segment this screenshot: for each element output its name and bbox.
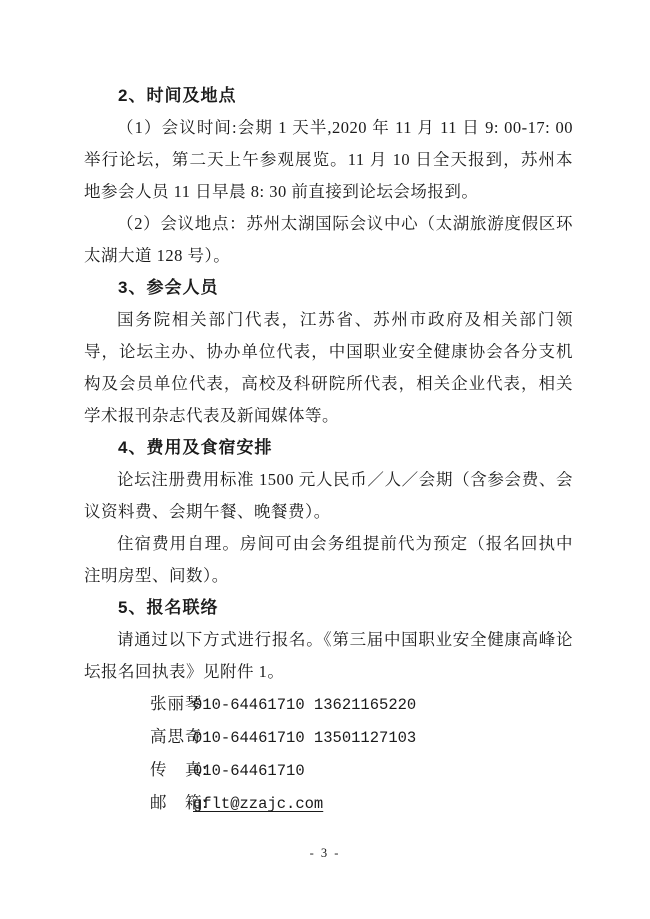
contact-row-email: 邮 箱:gflt@zzajc.com	[84, 787, 573, 820]
contact-row-fax: 传 真:010-64461710	[84, 754, 573, 787]
section-heading-participants: 3、参会人员	[84, 272, 573, 304]
contact-phone: 010-64461710 13621165220	[193, 696, 416, 714]
fax-label: 传 真:	[117, 754, 193, 786]
section-heading-registration-contact: 5、报名联络	[84, 592, 573, 624]
paragraph-registration-method: 请通过以下方式进行报名。《第三届中国职业安全健康高峰论坛报名回执表》见附件 1。	[84, 624, 573, 688]
section-heading-time-location: 2、时间及地点	[84, 80, 573, 112]
paragraph-meeting-location: （2）会议地点：苏州太湖国际会议中心（太湖旅游度假区环太湖大道 128 号）。	[84, 208, 573, 272]
email-label: 邮 箱:	[117, 787, 193, 819]
paragraph-registration-fee: 论坛注册费用标准 1500 元人民币／人／会期（含参会费、会议资料费、会期午餐、…	[84, 464, 573, 528]
paragraph-participants: 国务院相关部门代表，江苏省、苏州市政府及相关部门领导，论坛主办、协办单位代表，中…	[84, 304, 573, 432]
paragraph-accommodation: 住宿费用自理。房间可由会务组提前代为预定（报名回执中注明房型、间数）。	[84, 528, 573, 592]
page-number: - 3 -	[0, 846, 650, 861]
email-link[interactable]: gflt@zzajc.com	[193, 795, 323, 813]
paragraph-meeting-time: （1）会议时间:会期 1 天半,2020 年 11 月 11 日 9: 00-1…	[84, 112, 573, 208]
section-heading-fees-accommodation: 4、费用及食宿安排	[84, 432, 573, 464]
document-page: 2、时间及地点 （1）会议时间:会期 1 天半,2020 年 11 月 11 日…	[0, 0, 650, 919]
contact-row-gao-siqi: 高思奇010-64461710 13501127103	[84, 721, 573, 754]
contact-phone: 010-64461710 13501127103	[193, 729, 416, 747]
contact-name: 张丽琴	[117, 688, 193, 720]
fax-number: 010-64461710	[193, 762, 305, 780]
contact-row-zhang-liqin: 张丽琴010-64461710 13621165220	[84, 688, 573, 721]
contact-name: 高思奇	[117, 721, 193, 753]
document-content: 2、时间及地点 （1）会议时间:会期 1 天半,2020 年 11 月 11 日…	[84, 80, 573, 820]
